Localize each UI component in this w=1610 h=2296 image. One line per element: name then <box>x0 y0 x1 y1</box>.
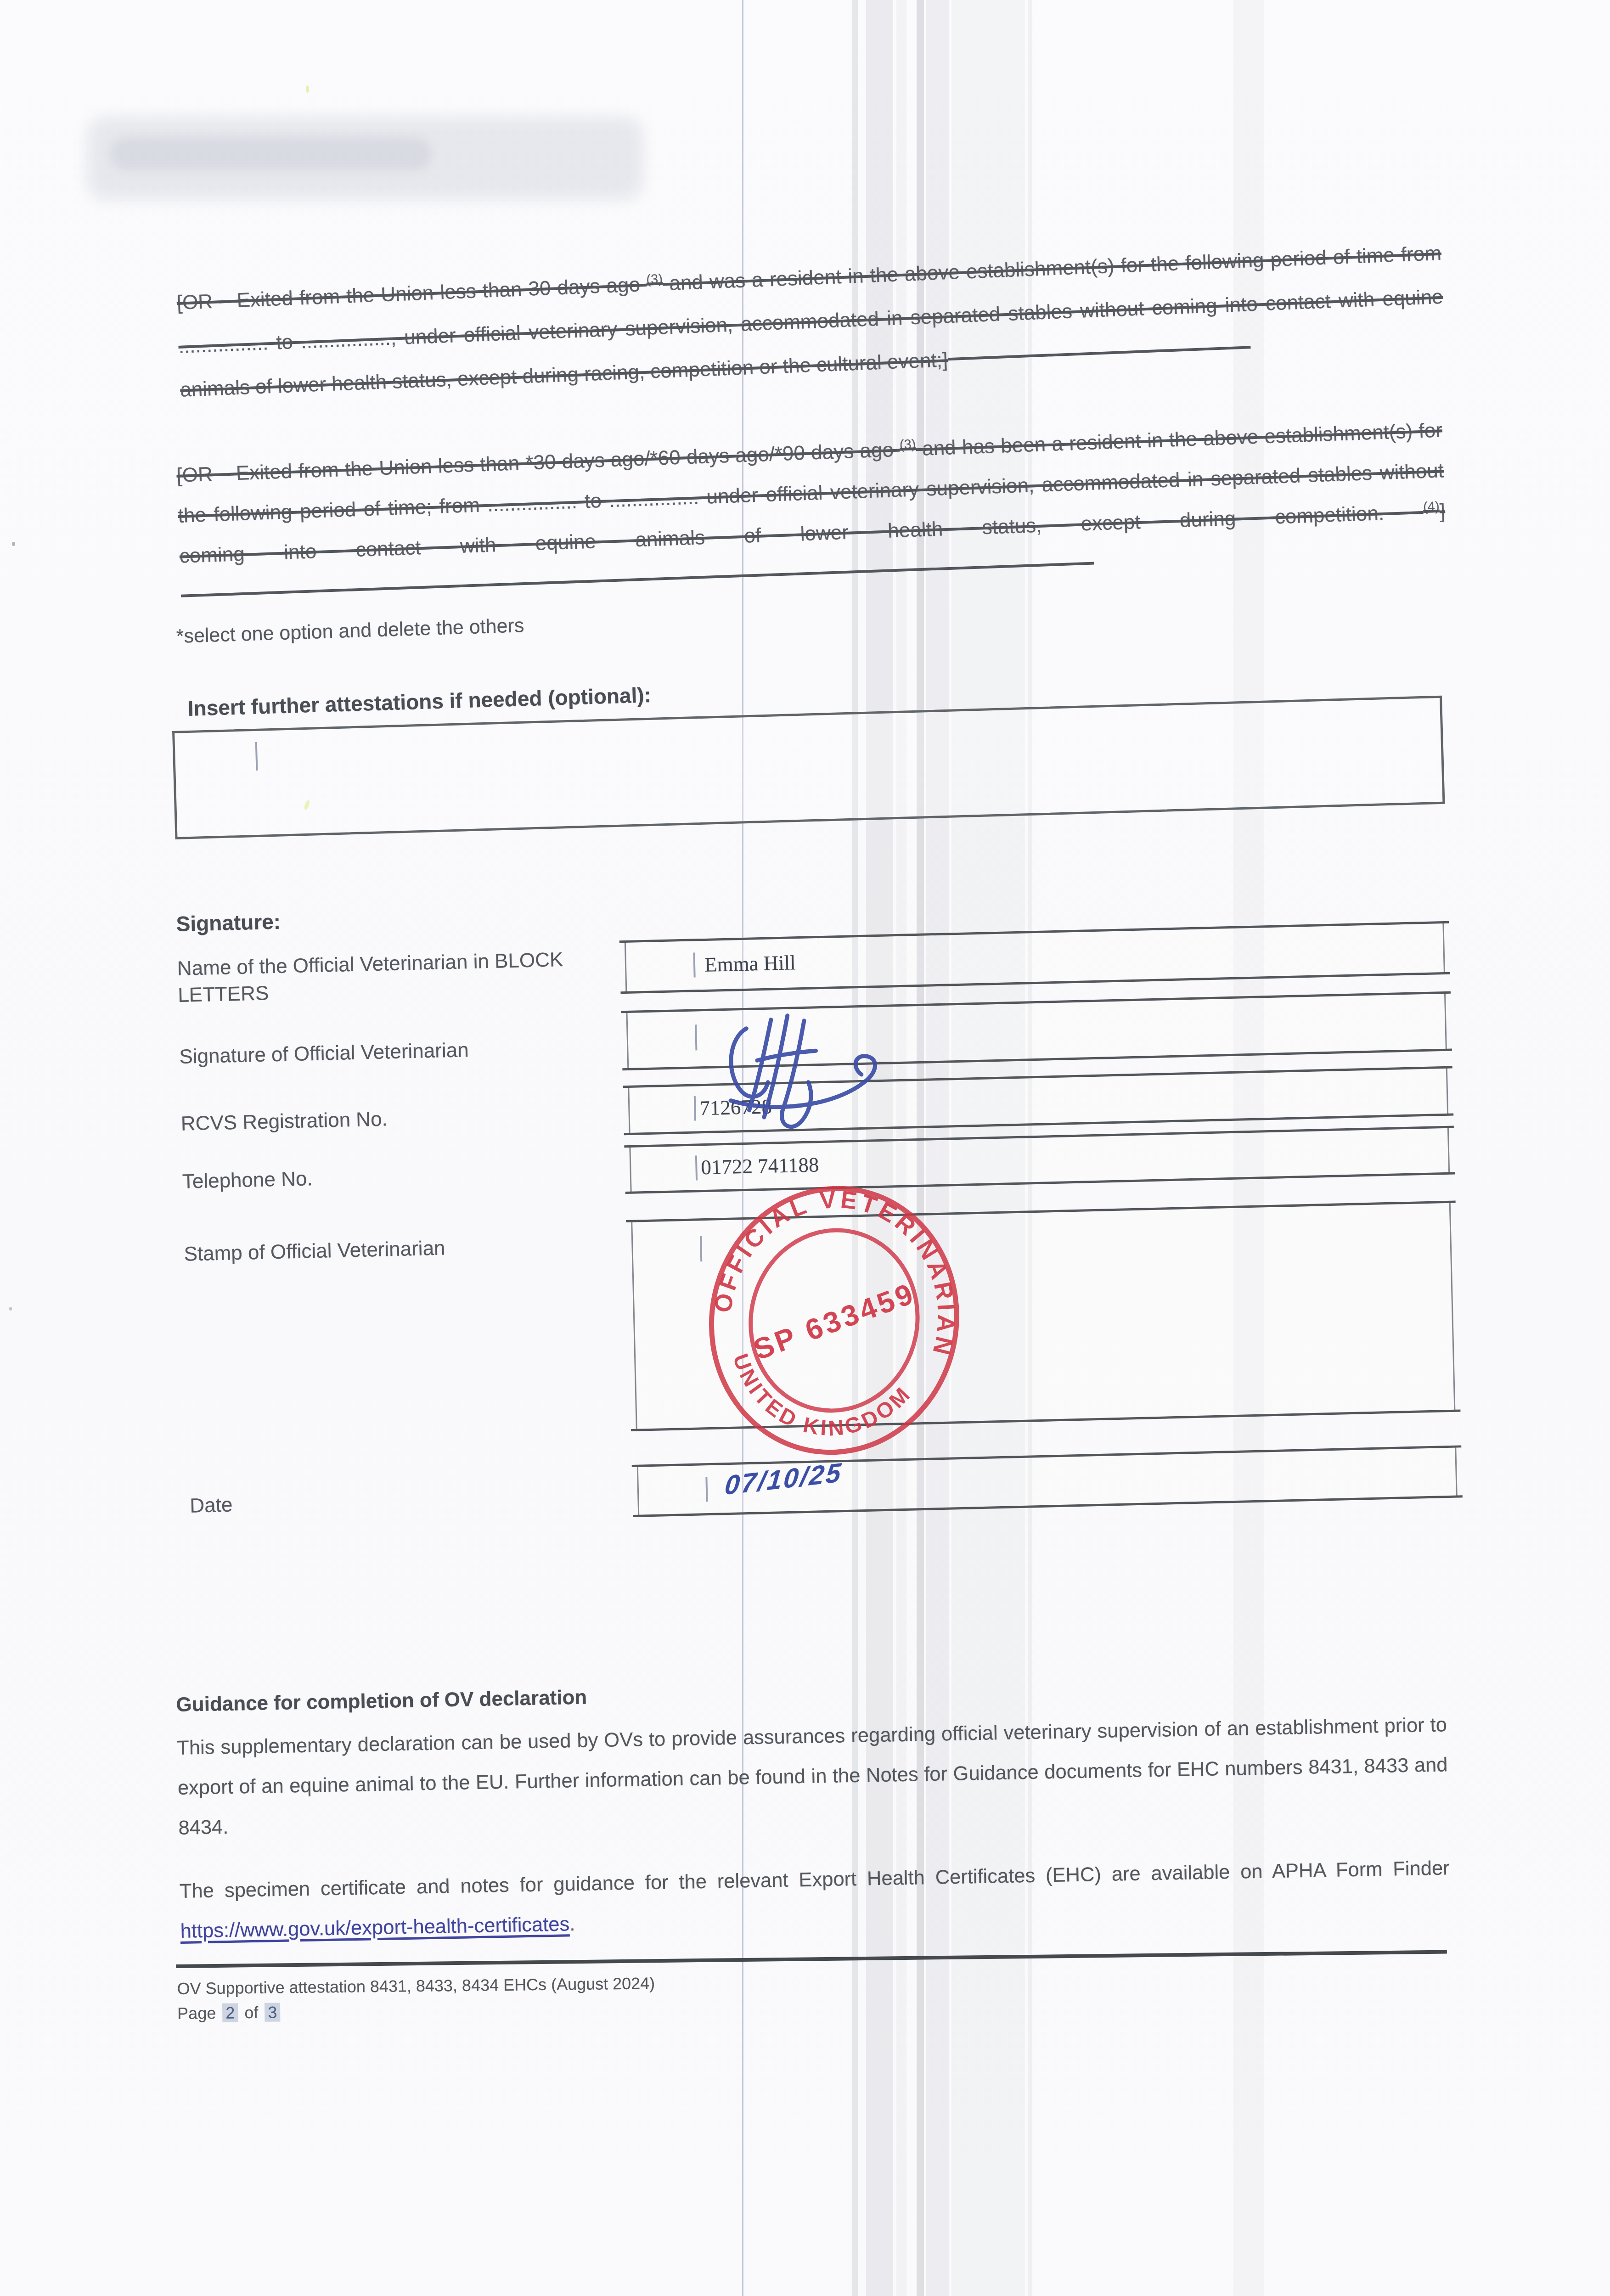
struck-text: and was a resident in the above establis… <box>178 242 1444 401</box>
page-total-badge: 3 <box>265 2003 280 2021</box>
struck-text: [OR – Exited from the Union less than 30… <box>176 273 647 314</box>
page-prefix: Page <box>177 2003 216 2023</box>
telephone-label: Telephone No. <box>182 1159 596 1195</box>
page-number-badge: 2 <box>222 2003 238 2022</box>
signature-section: Signature: Name of the Official Veterina… <box>176 881 1472 1577</box>
guidance-section: Guidance for completion of OV declaratio… <box>176 1666 1446 1690</box>
strikethrough-extension <box>181 562 1094 597</box>
stamp-arc-bottom-text: UNITED KINGDOM <box>716 1346 918 1458</box>
page-footer: OV Supportive attestation 8431, 8433, 84… <box>176 1950 1447 1964</box>
form-field-tick <box>255 742 258 771</box>
form-field-tick <box>694 1096 696 1120</box>
scan-speck <box>306 85 309 93</box>
bleed-through-ghost <box>110 138 432 170</box>
box-edge <box>633 1495 1463 1517</box>
bleed-through-ghost <box>87 117 643 200</box>
official-veterinarian-stamp: OFFICIAL VETERINARIAN UNITED KINGDOM SP … <box>674 1158 994 1478</box>
struck-text: [OR – Exited from the Union less than *3… <box>176 439 901 487</box>
guidance-paragraph-1: This supplementary declaration can be us… <box>177 1705 1449 1848</box>
struck-option-paragraph-2: [OR – Exited from the Union less than *3… <box>176 410 1447 617</box>
struck-option-paragraph-1: [OR – Exited from the Union less than 30… <box>176 231 1446 412</box>
guidance-paragraph-2-suffix: . <box>569 1913 575 1935</box>
attestations-heading: Insert further attestations if needed (o… <box>187 682 652 721</box>
stamp-center-text: SP 633459 <box>749 1276 920 1366</box>
signature-label: Signature of Official Veterinarian <box>179 1034 593 1070</box>
rcvs-label: RCVS Registration No. <box>180 1101 594 1137</box>
date-label: Date <box>190 1483 603 1519</box>
scanned-document-page: [OR – Exited from the Union less than 30… <box>0 0 1610 2296</box>
guidance-paragraph-2-text: The specimen certificate and notes for g… <box>180 1857 1450 1902</box>
select-option-note: *select one option and delete the others <box>176 614 524 648</box>
footnote-marker: (3) <box>646 272 663 287</box>
scan-speck <box>12 542 15 546</box>
footer-page-indicator: Page 2 of 3 <box>177 2003 282 2023</box>
strikethrough-extension <box>948 346 1251 361</box>
footnote-marker: (4) <box>1423 499 1440 514</box>
footer-doc-title: OV Supportive attestation 8431, 8433, 84… <box>177 1974 655 1998</box>
page-of: of <box>244 2003 258 2022</box>
gov-uk-link[interactable]: https://www.gov.uk/export-health-certifi… <box>180 1913 570 1942</box>
guidance-heading: Guidance for completion of OV declaratio… <box>176 1686 587 1716</box>
form-field-tick <box>695 1024 697 1050</box>
name-input-box[interactable]: Emma Hill <box>625 923 1445 992</box>
scan-speck <box>9 1307 12 1311</box>
name-label: Name of the Official Veterinarian in BLO… <box>177 946 591 1009</box>
stamp-label: Stamp of Official Veterinarian <box>184 1232 597 1268</box>
name-value: Emma Hill <box>704 951 796 977</box>
box-edge <box>619 921 1449 943</box>
guidance-paragraph-2: The specimen certificate and notes for g… <box>179 1848 1451 1952</box>
handwritten-signature <box>702 998 902 1145</box>
footer-rule <box>176 1950 1447 1968</box>
signature-heading: Signature: <box>176 909 281 936</box>
attestations-input-box[interactable] <box>172 696 1445 839</box>
form-field-tick <box>705 1477 708 1502</box>
footnote-marker: (3) <box>899 437 916 452</box>
struck-text: ] <box>1439 500 1446 522</box>
form-field-tick <box>693 952 695 977</box>
